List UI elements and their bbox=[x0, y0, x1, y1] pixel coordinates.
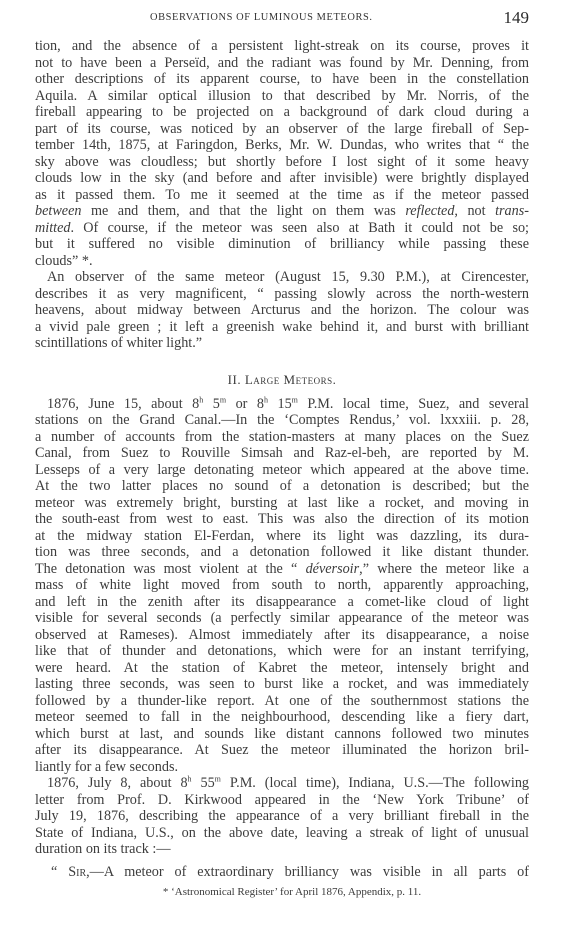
text-line: but it suffered no visible diminution of… bbox=[35, 236, 529, 253]
text-line: as it passed them. To me it seemed at th… bbox=[35, 187, 529, 204]
text-line: At the two latter places no sound of a d… bbox=[35, 478, 529, 495]
text-line: An observer of the same meteor (August 1… bbox=[35, 269, 529, 286]
text-line: visible for several seconds (a perfectly… bbox=[35, 610, 529, 627]
quote-line: “ Sir,—A meteor of extraordinary brillia… bbox=[35, 864, 529, 881]
text-line: liantly for a few seconds. bbox=[35, 759, 529, 776]
text-run: 1876, June 15, about 8 bbox=[47, 396, 199, 412]
text-line: tion was three seconds, and a detonation… bbox=[35, 544, 529, 561]
text-line: mitted. Of course, if the meteor was see… bbox=[35, 220, 529, 237]
text-line: followed by a thunder-like report. At on… bbox=[35, 693, 529, 710]
text-line: stations on the Grand Canal.—In the ‘Com… bbox=[35, 412, 529, 429]
text-run: . Of course, if the meteor was seen also… bbox=[70, 220, 529, 236]
text-line: at the midway station El-Ferdan, where i… bbox=[35, 528, 529, 545]
text-line: and left in the zenith after its disappe… bbox=[35, 594, 529, 611]
text-run: 15 bbox=[268, 396, 292, 412]
text-line: not to have been a Perseïd, and the radi… bbox=[35, 55, 529, 72]
text-line: a vivid pale green ; it left a greenish … bbox=[35, 319, 529, 336]
text-run: The detonation was most violent at the “ bbox=[35, 561, 306, 577]
text-line: scintillations of whiter light.” bbox=[35, 335, 529, 352]
text-run: 55 bbox=[192, 775, 215, 791]
text-line: part of its course, was noticed by an ob… bbox=[35, 121, 529, 138]
text-run: ,—A meteor of extraordinary brilliancy w… bbox=[86, 864, 529, 880]
italic-text: trans- bbox=[495, 203, 529, 219]
text-line: duration on its track :— bbox=[35, 841, 529, 858]
text-line: mass of white light moved from south to … bbox=[35, 577, 529, 594]
italic-text: déversoir bbox=[306, 561, 360, 577]
text-line: lasting three seconds, was seen to burst… bbox=[35, 676, 529, 693]
text-run: ,” where the meteor like a bbox=[359, 561, 529, 577]
text-line: heavens, about midway between Arcturus a… bbox=[35, 302, 529, 319]
running-title: OBSERVATIONS OF LUMINOUS METEORS. bbox=[150, 12, 373, 23]
footnote: * ‘Astronomical Register’ for April 1876… bbox=[35, 886, 529, 898]
italic-text: mitted bbox=[35, 220, 70, 236]
text-line: meteor seemed to fall in the neighbourho… bbox=[35, 709, 529, 726]
text-line: letter from Prof. D. Kirkwood appeared i… bbox=[35, 792, 529, 809]
text-line: observed at Rameses). Almost immediately… bbox=[35, 627, 529, 644]
text-run: P.M. local time, Suez, and several bbox=[298, 396, 529, 412]
page-body: tion, and the absence of a persistent li… bbox=[35, 38, 529, 898]
text-line: State of Indiana, U.S., on the above dat… bbox=[35, 825, 529, 842]
section-numeral: II. bbox=[228, 372, 241, 387]
italic-text: between bbox=[35, 203, 81, 219]
text-run: me and them, and that the light on them … bbox=[81, 203, 405, 219]
text-line: which burst at last, and sounds like dis… bbox=[35, 726, 529, 743]
text-line: sky above was cloudless; but shortly bef… bbox=[35, 154, 529, 171]
section-heading: II. Large Meteors. bbox=[35, 372, 529, 388]
text-run: “ bbox=[51, 864, 68, 880]
text-line: tember 14th, 1875, at Faringdon, Berks, … bbox=[35, 137, 529, 154]
text-line: Lesseps of a very large detonating meteo… bbox=[35, 462, 529, 479]
section-title: Large Meteors. bbox=[245, 372, 337, 387]
italic-text: reflected bbox=[405, 203, 454, 219]
text-line: a number of accounts from the station-ma… bbox=[35, 429, 529, 446]
text-line: 1876, June 15, about 8h 5m or 8h 15m P.M… bbox=[35, 396, 529, 413]
text-line: fireball appearing to be projected on a … bbox=[35, 104, 529, 121]
text-line: July 19, 1876, describing the appearance… bbox=[35, 808, 529, 825]
text-line: 1876, July 8, about 8h 55m P.M. (local t… bbox=[35, 775, 529, 792]
text-line: The detonation was most violent at the “… bbox=[35, 561, 529, 578]
text-run: or 8 bbox=[226, 396, 264, 412]
text-run: , not bbox=[454, 203, 495, 219]
text-line: clouds” *. bbox=[35, 253, 529, 270]
text-line: between me and them, and that the light … bbox=[35, 203, 529, 220]
page-header: OBSERVATIONS OF LUMINOUS METEORS. 149 bbox=[35, 8, 529, 28]
page-number: 149 bbox=[504, 8, 530, 28]
text-run: 5 bbox=[203, 396, 220, 412]
text-run: P.M. (local time), Indiana, U.S.—The fol… bbox=[221, 775, 529, 791]
text-line: Canal, from Suez to Rouville Simsah and … bbox=[35, 445, 529, 462]
text-line: tion, and the absence of a persistent li… bbox=[35, 38, 529, 55]
text-run: 1876, July 8, about 8 bbox=[47, 775, 188, 791]
text-line: after its disappearance. At Suez the met… bbox=[35, 742, 529, 759]
text-line: other descriptions of its apparent cours… bbox=[35, 71, 529, 88]
text-line: Aquila. A similar optical illusion to th… bbox=[35, 88, 529, 105]
salutation: Sir bbox=[68, 864, 86, 880]
text-line: the south-east from west to east. This w… bbox=[35, 511, 529, 528]
text-line: clouds low in the sky (and before and af… bbox=[35, 170, 529, 187]
text-line: like that of thunder and detonations, wh… bbox=[35, 643, 529, 660]
text-line: were heard. At the station of Kabret the… bbox=[35, 660, 529, 677]
text-line: describes it as very magnificent, “ pass… bbox=[35, 286, 529, 303]
text-line: meteor was extremely bright, bursting at… bbox=[35, 495, 529, 512]
